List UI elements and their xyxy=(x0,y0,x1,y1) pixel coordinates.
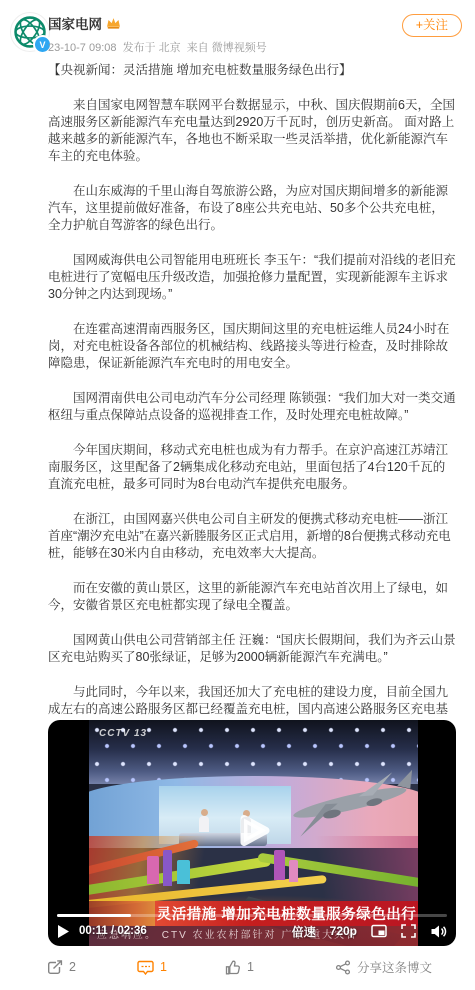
progress-played xyxy=(57,914,131,917)
city-graphic xyxy=(147,856,159,884)
post-content: 【央视新闻：灵活措施 增加充电桩数量服务绿色出行】 来自国家电网智慧车联网平台数… xyxy=(48,62,456,716)
header-meta: 国家电网 23-10-7 09:08 发布于 北京 来自 微博视频号 xyxy=(48,13,270,55)
vip-crown-icon xyxy=(106,17,121,29)
news-anchor xyxy=(199,816,209,832)
post-header: V 国家电网 23-10-7 09:08 发布于 北京 来自 微博视频号 +关注 xyxy=(0,0,475,58)
cctv-watermark: CCTV 13 xyxy=(99,728,147,739)
play-overlay-button[interactable] xyxy=(230,809,274,858)
comment-count: 1 xyxy=(160,960,167,974)
repost-count: 2 xyxy=(69,960,76,974)
post-paragraph: 在山东威海的千里山海自驾旅游公路，为应对国庆期间增多的新能源汽车，这里提前做好准… xyxy=(48,183,456,234)
speed-button[interactable]: 倍速 xyxy=(292,923,316,940)
post-paragraph: 国网渭南供电公司电动汽车分公司经理 陈锁强：“我们加大对一类交通枢纽与重点保障站… xyxy=(48,390,456,424)
post-paragraph: 国网威海供电公司智能用电班班长 李玉午：“我们提前对沿线的老旧充电桩进行了宽幅电… xyxy=(48,252,456,303)
share-button[interactable]: 分享这条博文 xyxy=(335,958,475,976)
post-paragraph: 在连霍高速渭南西服务区，国庆期间这里的充电桩运维人员24小时在岗，对充电桩设备各… xyxy=(48,321,456,372)
quality-button[interactable]: 720p xyxy=(330,924,357,938)
play-button[interactable] xyxy=(57,924,70,939)
post-paragraph: 来自国家电网智慧车联网平台数据显示，中秋、国庆假期前6天，全国高速服务区新能源汽… xyxy=(48,97,456,165)
play-icon xyxy=(57,924,70,939)
post-time: 23-10-7 09:08 xyxy=(48,42,117,54)
closing-text: 与此同时，今年以来，我国还加大了充电桩的建设力度，目前全国九成左右的高速公路服务… xyxy=(48,685,448,716)
action-bar: 2 1 1 分享这条博文 xyxy=(0,946,475,988)
repost-icon xyxy=(47,960,63,975)
avatar[interactable]: V xyxy=(10,12,50,52)
post-meta: 23-10-7 09:08 发布于 北京 来自 微博视频号 xyxy=(48,39,270,55)
share-nodes-icon xyxy=(335,960,351,975)
repost-button[interactable]: 2 xyxy=(47,960,137,975)
comment-button[interactable]: 1 xyxy=(137,960,225,975)
like-button[interactable]: 1 xyxy=(225,960,335,975)
post-source[interactable]: 来自 微博视频号 xyxy=(187,42,267,54)
player-controls: 00:11 / 02:36 倍速 720p xyxy=(57,919,447,943)
pip-icon[interactable] xyxy=(371,924,387,938)
post-paragraph: 今年国庆期间，移动式充电桩也成为有力帮手。在京沪高速江苏靖江南服务区，这里配备了… xyxy=(48,442,456,493)
time-display: 00:11 / 02:36 xyxy=(79,925,147,937)
post-paragraph: 国网黄山供电公司营销部主任 汪巍：“国庆长假期间，我们为齐云山景区充电站购买了8… xyxy=(48,632,456,666)
post-paragraph: 与此同时，今年以来，我国还加大了充电桩的建设力度，目前全国九成左右的高速公路服务… xyxy=(48,684,456,716)
post-title: 【央视新闻：灵活措施 增加充电桩数量服务绿色出行】 xyxy=(48,62,456,79)
city-graphic xyxy=(177,860,190,884)
progress-bar[interactable] xyxy=(57,914,447,917)
thumbs-up-icon xyxy=(225,960,241,975)
city-graphic xyxy=(289,860,298,882)
post-location: 发布于 北京 xyxy=(123,42,181,54)
follow-button[interactable]: +关注 xyxy=(402,14,462,37)
username[interactable]: 国家电网 xyxy=(48,13,102,33)
play-icon xyxy=(230,809,274,853)
like-count: 1 xyxy=(247,960,254,974)
weibo-post-card: V 国家电网 23-10-7 09:08 发布于 北京 来自 微博视频号 +关注… xyxy=(0,0,475,990)
city-graphic xyxy=(274,850,285,880)
video-player[interactable]: CCTV 13 灵活措施 增加充电桩数量服务绿色出行 应急响应。 CTV 农业农… xyxy=(48,720,456,946)
share-label: 分享这条博文 xyxy=(357,958,432,976)
volume-icon[interactable] xyxy=(430,924,447,939)
post-paragraph: 在浙江，由国网嘉兴供电公司自主研发的便携式移动充电桩——浙江首座“潮汐充电站”在… xyxy=(48,511,456,562)
comment-icon xyxy=(137,960,154,975)
post-paragraph: 而在安徽的黄山景区，这里的新能源汽车充电站首次用上了绿电，如今，安徽省景区充电桩… xyxy=(48,580,456,614)
fullscreen-icon[interactable] xyxy=(401,924,416,938)
city-graphic xyxy=(163,850,172,886)
